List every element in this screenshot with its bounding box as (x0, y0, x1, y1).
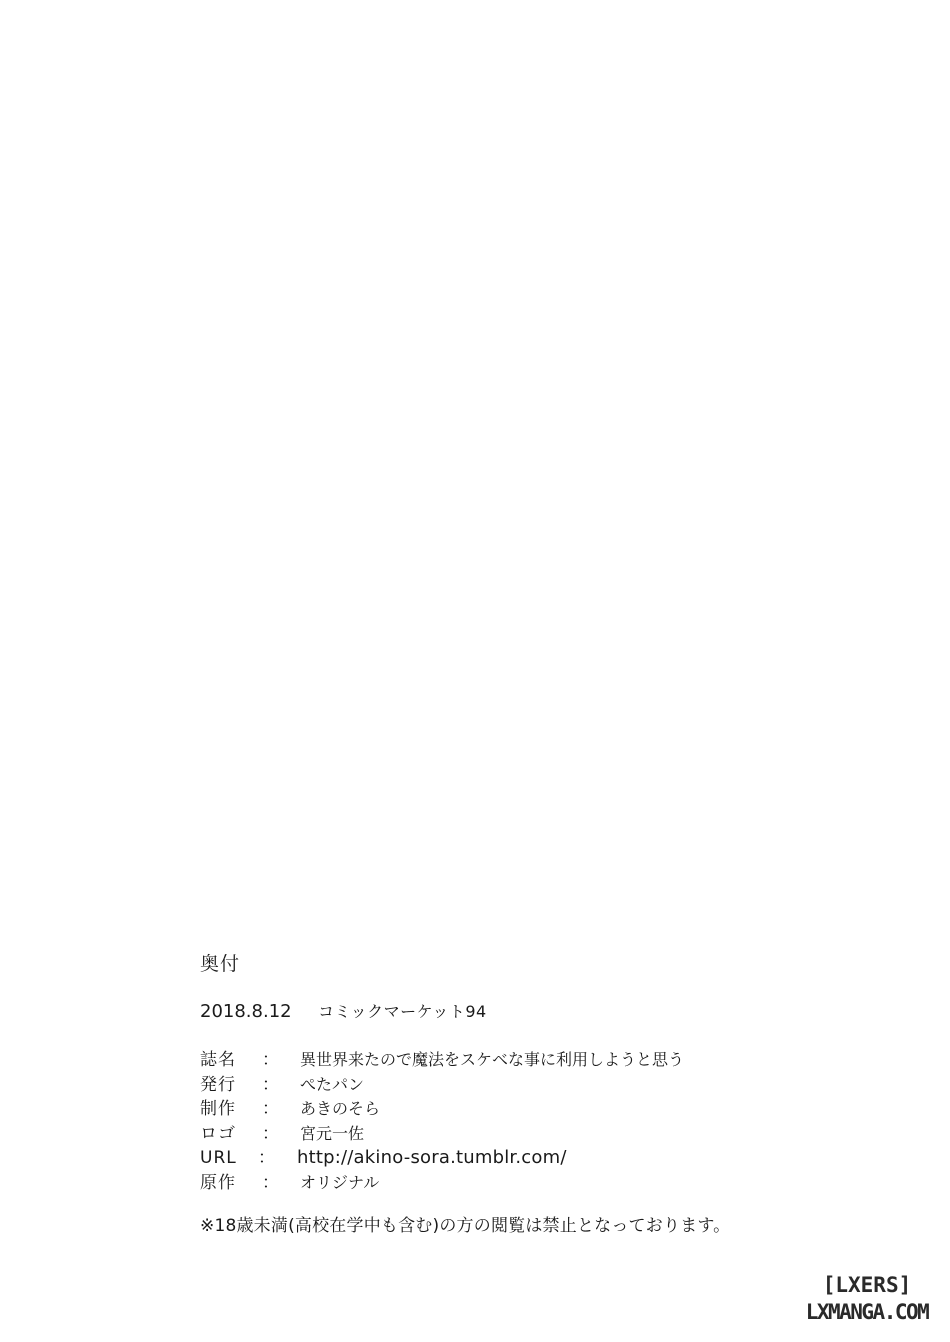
publication-date: 2018.8.12 (200, 1000, 318, 1024)
watermark-group: [LXERS] (792, 1273, 942, 1297)
row-label: ロゴ (200, 1122, 260, 1146)
row-separator: ： (262, 1073, 274, 1097)
row-value: 異世界来たので魔法をスケベな事に利用しようと思う (300, 1048, 684, 1072)
row-label: URL (200, 1146, 260, 1170)
row-separator: ： (262, 1097, 274, 1121)
event-line: 2018.8.12コミックマーケット94 (200, 1000, 487, 1024)
row-separator: ： (262, 1171, 274, 1195)
row-value: あきのそら (300, 1097, 380, 1121)
colophon-heading: 奥付 (200, 952, 240, 976)
event-name: コミックマーケット94 (318, 1002, 487, 1021)
row-label: 制作 (200, 1097, 260, 1121)
age-restriction-notice: ※18歳未満(高校在学中も含む)の方の閲覧は禁止となっております。 (200, 1214, 730, 1238)
row-value: ぺたパン (300, 1073, 364, 1097)
watermark-site: LXMANGA.COM (792, 1299, 942, 1325)
row-label: 原作 (200, 1171, 260, 1195)
row-separator: ： (262, 1122, 274, 1146)
row-separator: ： (262, 1048, 274, 1072)
watermark-logo: [LXERS] LXMANGA.COM (792, 1273, 942, 1325)
row-label: 誌名 (200, 1048, 260, 1072)
url-link[interactable]: http://akino-sora.tumblr.com/ (297, 1146, 567, 1170)
row-value: 宮元一佐 (300, 1122, 364, 1146)
row-value: オリジナル (300, 1171, 379, 1195)
row-separator: ： (258, 1146, 270, 1170)
row-label: 発行 (200, 1073, 260, 1097)
